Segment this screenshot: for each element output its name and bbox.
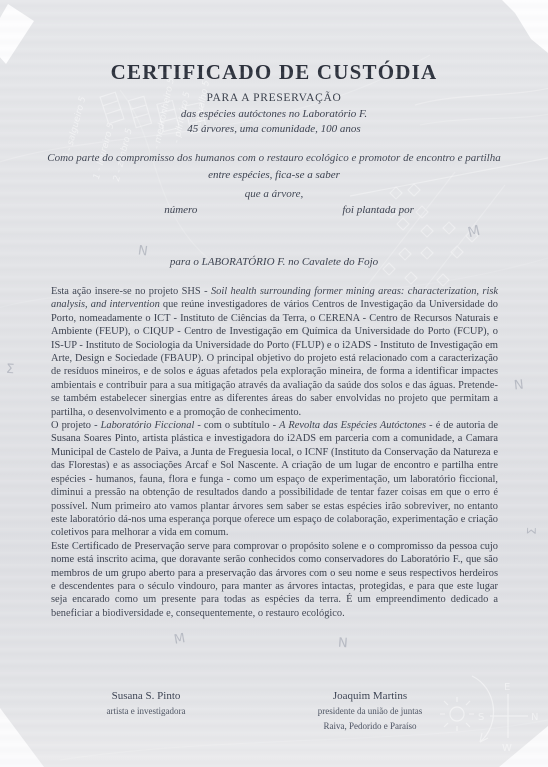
certificate-body: Esta ação insere-se no projeto SHS - Soi…	[51, 285, 498, 620]
planted-by-label: foi plantada por	[342, 204, 414, 216]
signature-role: presidente da união de juntas	[264, 704, 476, 719]
certificate-subtitle-line3: 45 árvores, uma comunidade, 100 anos	[0, 123, 548, 135]
certificate-content: CERTIFICADO DE CUSTÓDIA PARA A PRESERVAÇ…	[0, 0, 548, 767]
certificate-subtitle: PARA A PRESERVAÇÃO	[0, 92, 548, 104]
certificate-page: E N W S 6 - salgueiro 5 1 - loureiro 5 2…	[0, 0, 548, 767]
signature-name: Joaquim Martins	[264, 688, 476, 704]
certificate-subtitle-line2: das espécies autóctones no Laboratório F…	[0, 108, 548, 120]
signature-name: Susana S. Pinto	[40, 688, 252, 704]
tree-clause: que a árvore,	[0, 188, 548, 200]
body-paragraph-2: O projeto - Laboratório Ficcional - com …	[51, 419, 498, 540]
signature-role: Raiva, Pedorido e Paraíso	[264, 719, 476, 734]
tree-number-label: número	[164, 204, 197, 216]
signature-role: artista e investigadora	[40, 704, 252, 719]
body-paragraph-1: Esta ação insere-se no projeto SHS - Soi…	[51, 285, 498, 419]
signature-block-artist: Susana S. Pinto artista e investigadora	[40, 688, 252, 719]
dedication-line: para o LABORATÓRIO F. no Cavalete do Foj…	[0, 256, 548, 268]
certificate-title: CERTIFICADO DE CUSTÓDIA	[0, 60, 548, 85]
body-paragraph-3: Este Certificado de Preservação serve pa…	[51, 540, 498, 620]
signature-block-president: Joaquim Martins presidente da união de j…	[264, 688, 476, 733]
intro-statement: Como parte do compromisso dos humanos co…	[40, 150, 508, 184]
